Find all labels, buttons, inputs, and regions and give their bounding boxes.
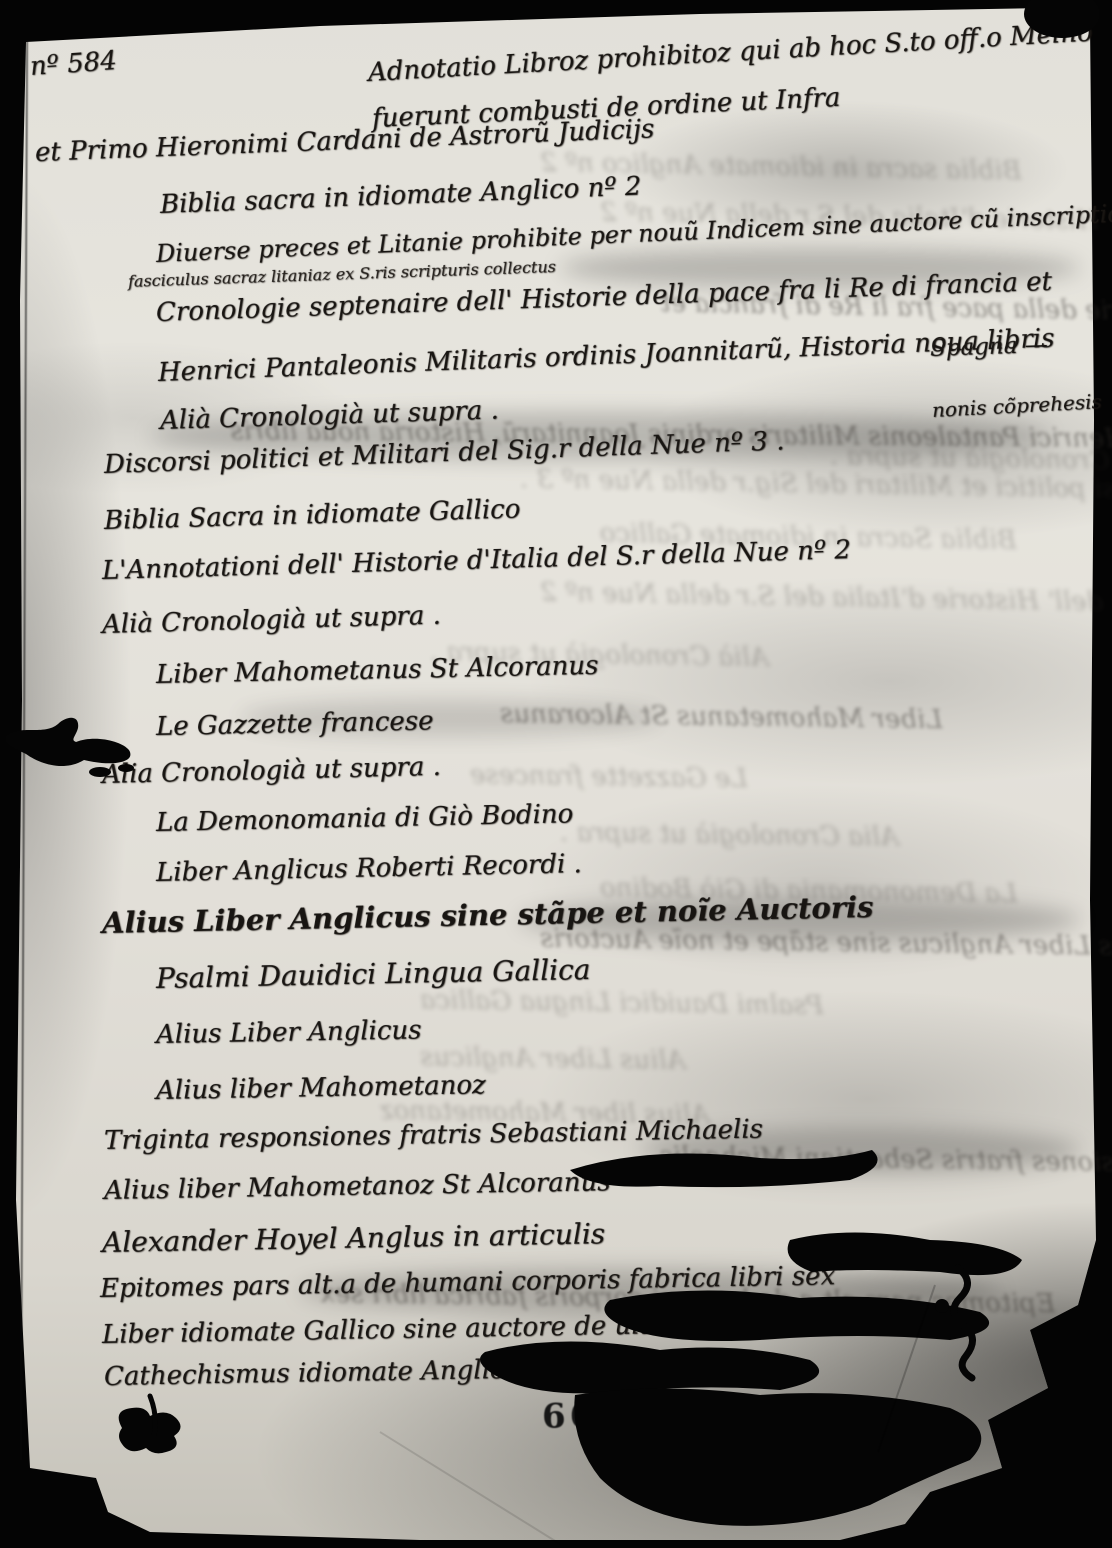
bleedthrough-text: Psalmi Dauidici Lingua Gallica <box>420 985 824 1021</box>
bleedthrough-text: Alia Cronologià ut supra . <box>560 818 899 853</box>
bleedthrough-text: Le Gazzette francese <box>470 760 748 794</box>
manuscript-line: Alius Liber Anglicus <box>156 1015 422 1050</box>
bleedthrough-text: Alià Cronologià ut supra . <box>830 441 1112 477</box>
manuscript-line: Alius liber Mahometanoz <box>156 1070 486 1106</box>
bleedthrough-text: Liber Mahometanus St Alcoranus <box>500 699 943 735</box>
folio-number: nº 584 <box>29 46 118 82</box>
manuscript-line: Le Gazzette francese <box>156 706 434 742</box>
page-number-stamp: 668 <box>542 1395 626 1436</box>
